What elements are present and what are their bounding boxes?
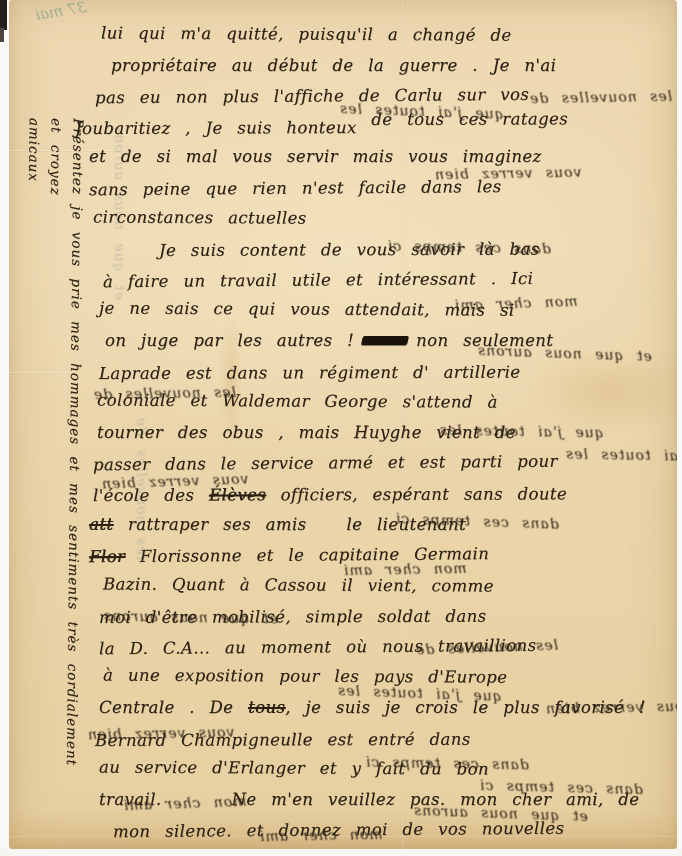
letter-line: lui qui m'a quitté, puisqu'il a changé d… (101, 19, 664, 53)
corner-note: 37 mai (34, 0, 88, 24)
letter-line-segment: Laprade est dans un régiment d' artiller… (99, 362, 521, 382)
letter-line-segment: sans peine que rien n'est facile dans le… (89, 177, 502, 199)
letter-line: propriétaire au début de la guerre . Je … (111, 51, 664, 82)
letter-line-segment: l'école des (93, 485, 209, 504)
letter-line: à une exposition pour les pays d'Europe (103, 661, 664, 695)
letter-line: à faire un travail utile et intéressant … (103, 263, 664, 298)
letter-line: tourner des obus , mais Huyghe vient de (97, 418, 664, 449)
letter-line-segment: circonstances actuelles (93, 207, 307, 227)
letter-line: circonstances actuelles (93, 202, 664, 236)
letter-line: passer dans le service armé et est parti… (93, 446, 664, 481)
letter-line: sans peine que rien n'est facile dans le… (89, 171, 664, 206)
letter-line: la D. C.A... au moment où nous travailli… (99, 630, 664, 665)
letter-line: Centrale . De tous, je suis je crois le … (99, 693, 664, 724)
letter-line-segment: on juge par les autres ! (105, 331, 354, 350)
letter-line-segment: rattraper ses amis (113, 515, 306, 534)
letter-line: att rattraper ses amisle lieutenant (89, 510, 664, 541)
letter-line-segment: et de si mal vous servir mais vous imagi… (89, 147, 542, 166)
letter-line: Laprade est dans un régiment d' artiller… (99, 357, 664, 390)
letter-line-segment: propriétaire au début de la guerre . Je … (111, 56, 556, 75)
margin-note-line: amicaux (23, 118, 45, 140)
letter-line-segment: mon silence. et donnez moi de vos nouvel… (113, 819, 564, 842)
letter-line: mon silence. et donnez moi de vos nouvel… (113, 813, 664, 848)
letter-line-segment: je ne sais ce qui vous attendait, mais s… (99, 299, 515, 320)
letter-line: on juge par les autres !non seulement (105, 326, 664, 357)
letter-line-segment: Je suis content de vous savoir là bas (159, 240, 540, 260)
letter-line: Flor Florissonne et le capitaine Germain (89, 538, 664, 573)
letter-line: Joubaritiez , Je suis honteux de tous ce… (75, 112, 664, 145)
ink-redaction (361, 336, 409, 345)
strikethrough-word: Élèves (209, 485, 266, 504)
letter-line-segment: coloniale et Waldemar George s'attend à (97, 391, 498, 412)
letter-body: lui qui m'a quitté, puisqu'il a changé d… (89, 20, 664, 846)
letter-paper: que j'ai toutes lesvous verrez biendans … (9, 0, 677, 849)
letter-line-segment: la D. C.A... au moment où nous travailli… (99, 636, 537, 658)
letter-line-segment: à faire un travail utile et intéressant … (103, 269, 533, 291)
letter-line-segment: à une exposition pour les pays d'Europe (103, 666, 507, 687)
letter-line: moi d'être mobilisé, simple soldat dans (99, 601, 664, 634)
margin-note: Présentez je vous prie mes hommages et m… (11, 118, 89, 841)
letter-line-segment: non seulement (416, 331, 553, 350)
letter-line: je ne sais ce qui vous attendait, mais s… (99, 294, 664, 328)
letter-line-segment: officiers, espérant sans doute (266, 484, 567, 504)
letter-line-segment: Florissonne et le capitaine Germain (125, 544, 489, 566)
letter-line: coloniale et Waldemar George s'attend à (97, 386, 664, 420)
strikethrough-word: tous (248, 698, 285, 717)
letter-line-segment: au service d'Erlanger et y fait du bon (99, 758, 489, 779)
letter-line-segment: lui qui m'a quitté, puisqu'il a changé d… (101, 24, 512, 45)
letter-line-segment: travail. (99, 790, 162, 809)
scan-edge-bottom (0, 848, 682, 856)
letter-line-segment: Centrale . De (99, 698, 248, 717)
letter-line: au service d'Erlanger et y fait du bon (99, 753, 664, 787)
letter-line-segment: de tous ces ratages (371, 104, 568, 135)
letter-line-segment: , je suis je crois le plus favorisé ! (285, 698, 646, 717)
strikethrough-word: Flor (89, 547, 125, 566)
margin-note-line: Présentez je vous prie mes hommages et m… (67, 118, 89, 140)
letter-line-segment: le lieutenant (347, 515, 467, 534)
letter-line: l'école des Élèves officiers, espérant s… (93, 479, 664, 512)
letter-line: travail.Ne m'en veuillez pas. mon cher a… (99, 785, 664, 816)
letter-line: Bernard Champigneulle est entré dans (95, 724, 664, 757)
letter-line-segment: passer dans le service armé et est parti… (93, 452, 558, 475)
scan-corner-mark (0, 28, 4, 42)
letter-line: Je suis content de vous savoir là bas (159, 234, 664, 266)
letter-line-segment: moi d'être mobilisé, simple soldat dans (99, 607, 487, 627)
letter-line-segment: Ne m'en veuillez pas. mon cher ami, de (232, 790, 640, 809)
letter-line: Bazin. Quant à Cassou il vient, comme (103, 569, 664, 603)
letter-line-segment: Bazin. Quant à Cassou il vient, comme (103, 574, 494, 595)
letter-line: et de si mal vous servir mais vous imagi… (89, 142, 664, 173)
letter-line-segment: Joubaritiez , Je suis honteux (75, 118, 371, 138)
letter-line-segment: tourner des obus , mais Huyghe vient de (97, 423, 516, 442)
strikethrough-word: att (89, 515, 113, 534)
scan-corner-mark (0, 0, 7, 30)
letter-line-segment: Bernard Champigneulle est entré dans (95, 729, 471, 749)
margin-note-line: et croyez (45, 118, 67, 140)
